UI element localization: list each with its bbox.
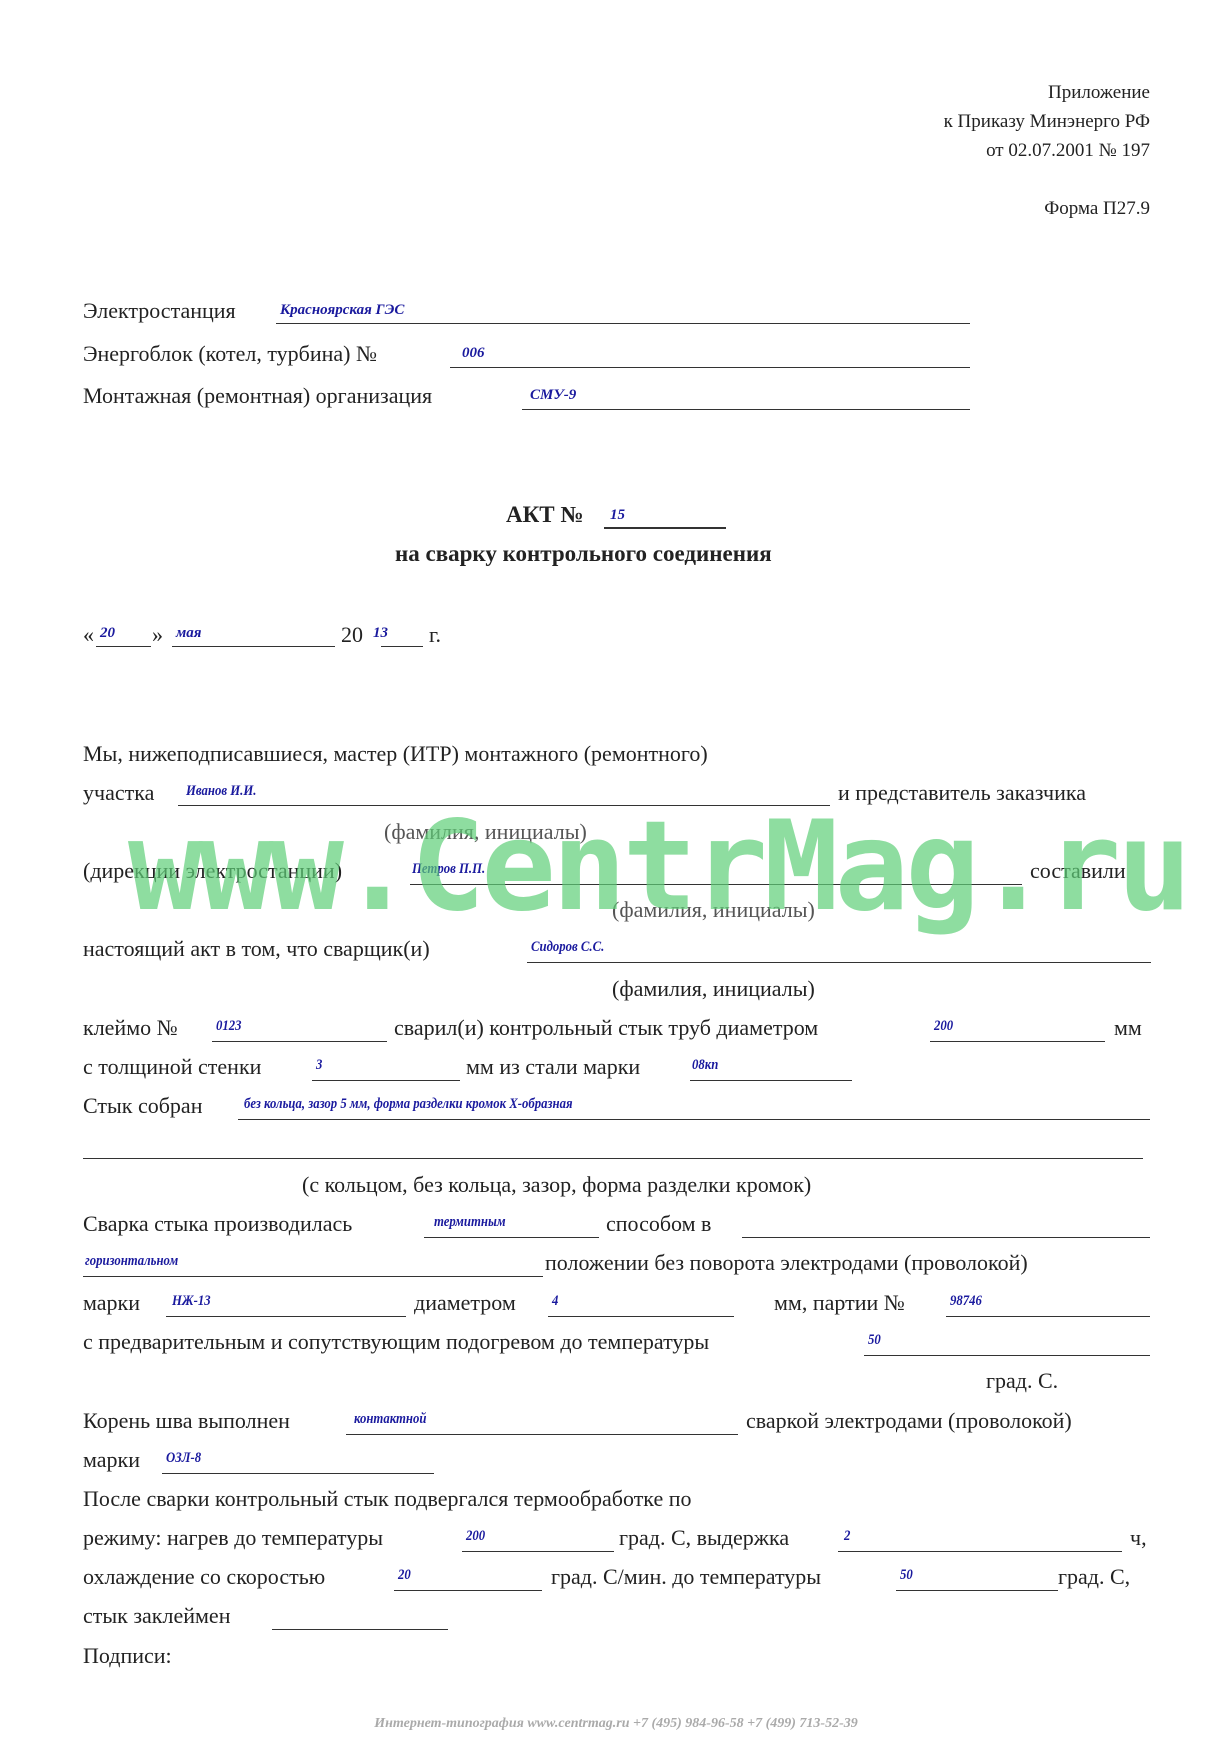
org-field-line[interactable] [522, 409, 970, 410]
joint-hint: (с кольцом, без кольца, зазор, форма раз… [302, 1172, 811, 1198]
date-year[interactable]: 13 [373, 624, 388, 642]
mm-unit: мм [1114, 1015, 1142, 1041]
stamped-field-line[interactable] [272, 1629, 448, 1630]
header-order: к Приказу Минэнерго РФ [944, 109, 1150, 135]
date-month[interactable]: мая [176, 624, 202, 642]
compiled-text: составили [1030, 858, 1126, 884]
wall-value[interactable]: 3 [316, 1056, 322, 1074]
cool-to-field-line[interactable] [896, 1590, 1058, 1591]
preheat-field-line[interactable] [864, 1355, 1150, 1356]
diameter-field-line[interactable] [930, 1041, 1105, 1042]
year-line[interactable] [381, 646, 423, 647]
position-field-line[interactable] [83, 1276, 543, 1277]
customer-field-line[interactable] [410, 884, 1022, 885]
wall-label: с толщиной стенки [83, 1054, 261, 1080]
weld-method-line[interactable] [424, 1237, 599, 1238]
hint-name-3: (фамилия, инициалы) [612, 976, 815, 1002]
wall-field-line[interactable] [312, 1080, 460, 1081]
form-number: Форма П27.9 [1044, 196, 1150, 222]
signatures-label: Подписи: [83, 1643, 172, 1669]
stamp-value[interactable]: 0123 [216, 1017, 242, 1035]
date-suffix: г. [429, 622, 441, 648]
act-number-line[interactable] [604, 527, 726, 529]
org-label: Монтажная (ремонтная) организация [83, 383, 432, 409]
preheat-unit: град. С. [986, 1368, 1058, 1394]
header-date: от 02.07.2001 № 197 [986, 138, 1150, 164]
hold-label: град. С, выдержка [619, 1525, 789, 1551]
footer-contacts: Интернет-типография www.centrmag.ru +7 (… [0, 1716, 1232, 1732]
hint-name-2: (фамилия, инициалы) [612, 897, 815, 923]
grade-label: марки [83, 1290, 140, 1316]
preheat-label: с предварительным и сопутствующим подогр… [83, 1329, 709, 1355]
root-label: Корень шва выполнен [83, 1408, 290, 1434]
act-number[interactable]: 15 [610, 506, 625, 524]
el-diameter-field-line[interactable] [548, 1316, 734, 1317]
section-label: участка [83, 780, 154, 806]
root-value[interactable]: контактной [354, 1410, 426, 1428]
unit-value[interactable]: 006 [462, 344, 485, 362]
hint-name-1: (фамилия, инициалы) [384, 819, 587, 845]
stamp-field-line[interactable] [212, 1041, 387, 1042]
station-value[interactable]: Красноярская ГЭС [280, 301, 404, 319]
position-text: положении без поворота электродами (пров… [545, 1250, 1028, 1276]
welded-text: сварил(и) контрольный стык труб диаметро… [394, 1015, 818, 1041]
intro-text: Мы, нижеподписавшиеся, мастер (ИТР) монт… [83, 741, 708, 767]
steel-value[interactable]: 08кп [692, 1056, 718, 1074]
header-appendix: Приложение [1048, 80, 1150, 106]
unit-field-line[interactable] [450, 367, 970, 368]
root-grade-value[interactable]: ОЗЛ-8 [166, 1449, 201, 1467]
weld-method-value[interactable]: термитным [434, 1213, 506, 1231]
date-century: 20 [341, 622, 363, 648]
preheat-value[interactable]: 50 [868, 1331, 881, 1349]
hold-field-line[interactable] [838, 1551, 1122, 1552]
weld-label: Сварка стыка производилась [83, 1211, 352, 1237]
customer-value[interactable]: Петров П.П. [412, 860, 485, 878]
org-value[interactable]: СМУ-9 [530, 386, 576, 404]
date-open-quote: « [83, 622, 94, 648]
heat-value[interactable]: 200 [466, 1527, 485, 1545]
unit-label: Энергоблок (котел, турбина) № [83, 341, 377, 367]
diameter-value[interactable]: 200 [934, 1017, 953, 1035]
batch-field-line[interactable] [946, 1316, 1150, 1317]
joint-value[interactable]: без кольца, зазор 5 мм, форма разделки к… [244, 1095, 573, 1113]
joint-field-line[interactable] [238, 1119, 1150, 1120]
cool-to-label: град. С/мин. до температуры [551, 1564, 821, 1590]
welder-label: настоящий акт в том, что сварщик(и) [83, 936, 430, 962]
customer-rep-text: и представитель заказчика [838, 780, 1086, 806]
root-field-line[interactable] [346, 1434, 738, 1435]
root-grade-field-line[interactable] [162, 1473, 434, 1474]
welder-value[interactable]: Сидоров С.С. [531, 938, 604, 956]
batch-label: мм, партии № [774, 1290, 905, 1316]
master-field-line[interactable] [178, 805, 830, 806]
stamped-label: стык заклеймен [83, 1603, 230, 1629]
cool-value[interactable]: 20 [398, 1566, 411, 1584]
position-value[interactable]: горизонтальном [85, 1252, 178, 1270]
el-diameter-value[interactable]: 4 [552, 1292, 558, 1310]
root-grade-label: марки [83, 1447, 140, 1473]
stamp-label: клеймо № [83, 1015, 178, 1041]
cool-label: охлаждение со скоростью [83, 1564, 325, 1590]
cool-field-line[interactable] [394, 1590, 542, 1591]
month-line[interactable] [172, 646, 335, 647]
heat-label: режиму: нагрев до температуры [83, 1525, 383, 1551]
steel-label: мм из стали марки [466, 1054, 640, 1080]
welder-field-line[interactable] [527, 962, 1151, 963]
station-field-line[interactable] [276, 323, 970, 324]
station-label: Электростанция [83, 298, 236, 324]
act-subtitle: на сварку контрольного соединения [395, 541, 772, 567]
master-value[interactable]: Иванов И.И. [186, 782, 256, 800]
batch-value[interactable]: 98746 [950, 1292, 982, 1310]
joint-label: Стык собран [83, 1093, 202, 1119]
day-line[interactable] [96, 646, 151, 647]
act-title: АКТ № [506, 502, 584, 528]
heat-intro: После сварки контрольный стык подвергалс… [83, 1486, 691, 1512]
root-text: сваркой электродами (проволокой) [746, 1408, 1072, 1434]
directorate-text: (дирекции электростанции) [83, 858, 342, 884]
hours-unit: ч, [1130, 1525, 1147, 1551]
hold-value[interactable]: 2 [844, 1527, 850, 1545]
weld-in-text: способом в [606, 1211, 711, 1237]
el-diameter-label: диаметром [414, 1290, 516, 1316]
grade-value[interactable]: НЖ-13 [172, 1292, 211, 1310]
weld-extra-line[interactable] [742, 1237, 1150, 1238]
cool-to-unit: град. С, [1058, 1564, 1130, 1590]
date-day[interactable]: 20 [100, 624, 115, 642]
date-close-quote: » [152, 622, 163, 648]
joint-extra-line[interactable] [83, 1158, 1143, 1159]
heat-field-line[interactable] [462, 1551, 614, 1552]
grade-field-line[interactable] [166, 1316, 406, 1317]
cool-to-value[interactable]: 50 [900, 1566, 913, 1584]
steel-field-line[interactable] [690, 1080, 852, 1081]
